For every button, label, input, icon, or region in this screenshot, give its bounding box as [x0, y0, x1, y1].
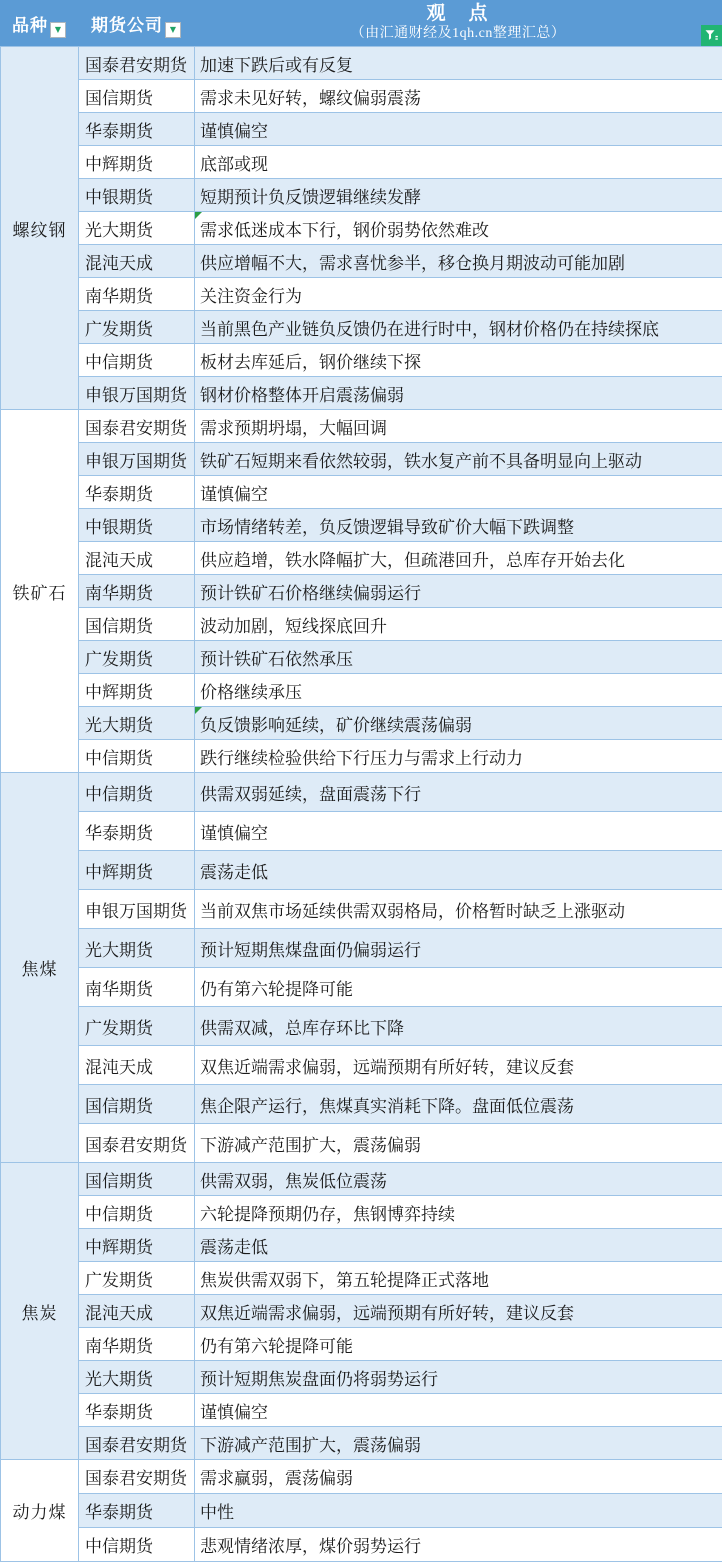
funnel-icon [704, 28, 719, 43]
view-cell: 供需双减，总库存环比下降 [195, 1007, 722, 1046]
corner-marker-icon [195, 707, 202, 714]
view-cell: 跌行继续检验供给下行压力与需求上行动力 [195, 740, 722, 773]
table-row: 混沌天成供应趋增，铁水降幅扩大，但疏港回升，总库存开始去化 [1, 542, 722, 575]
opinion-table: 螺纹钢国泰君安期货加速下跌后或有反复国信期货需求未见好转，螺纹偏弱震荡华泰期货谨… [0, 46, 722, 1562]
table-row: 广发期货焦炭供需双弱下，第五轮提降正式落地 [1, 1262, 722, 1295]
view-cell: 加速下跌后或有反复 [195, 47, 722, 80]
view-cell: 震荡走低 [195, 1229, 722, 1262]
view-cell: 关注资金行为 [195, 278, 722, 311]
view-cell: 预计铁矿石依然承压 [195, 641, 722, 674]
company-cell: 南华期货 [79, 968, 195, 1007]
view-cell: 需求预期坍塌，大幅回调 [195, 410, 722, 443]
company-cell: 国泰君安期货 [79, 1124, 195, 1163]
view-cell: 底部或现 [195, 146, 722, 179]
company-cell: 申银万国期货 [79, 443, 195, 476]
table-row: 广发期货供需双减，总库存环比下降 [1, 1007, 722, 1046]
company-cell: 国信期货 [79, 80, 195, 113]
table-row: 铁矿石国泰君安期货需求预期坍塌，大幅回调 [1, 410, 722, 443]
view-cell: 焦企限产运行，焦煤真实消耗下降。盘面低位震荡 [195, 1085, 722, 1124]
view-cell: 钢材价格整体开启震荡偏弱 [195, 377, 722, 410]
company-cell: 混沌天成 [79, 1295, 195, 1328]
table-row: 中银期货短期预计负反馈逻辑继续发酵 [1, 179, 722, 212]
company-cell: 中辉期货 [79, 851, 195, 890]
table-header: 品种 ▼ 期货公司 ▼ 观 点 （由汇通财经及1qh.cn整理汇总） [0, 0, 722, 46]
table-row: 华泰期货谨慎偏空 [1, 113, 722, 146]
company-cell: 中信期货 [79, 740, 195, 773]
view-cell: 谨慎偏空 [195, 113, 722, 146]
view-cell: 短期预计负反馈逻辑继续发酵 [195, 179, 722, 212]
company-cell: 华泰期货 [79, 812, 195, 851]
company-cell: 国信期货 [79, 1085, 195, 1124]
table-row: 中信期货六轮提降预期仍存，焦钢博弈持续 [1, 1196, 722, 1229]
variety-cell: 焦煤 [1, 773, 79, 1163]
view-cell: 当前黑色产业链负反馈仍在进行时中，钢材价格仍在持续探底 [195, 311, 722, 344]
table-row: 华泰期货中性 [1, 1494, 722, 1528]
company-cell: 国泰君安期货 [79, 410, 195, 443]
table-row: 动力煤国泰君安期货需求赢弱，震荡偏弱 [1, 1460, 722, 1494]
company-cell: 中信期货 [79, 1528, 195, 1562]
table-row: 光大期货负反馈影响延续，矿价继续震荡偏弱 [1, 707, 722, 740]
table-row: 中辉期货底部或现 [1, 146, 722, 179]
view-column-header: 观 点 [194, 2, 722, 25]
company-filter-dropdown[interactable]: ▼ [165, 22, 181, 38]
table-row: 华泰期货谨慎偏空 [1, 476, 722, 509]
company-header-cell: 期货公司 ▼ [78, 0, 194, 46]
view-cell: 市场情绪转差，负反馈逻辑导致矿价大幅下跌调整 [195, 509, 722, 542]
table-row: 焦炭国信期货供需双弱，焦炭低位震荡 [1, 1163, 722, 1196]
company-column-header: 期货公司 [91, 11, 163, 36]
company-cell: 混沌天成 [79, 542, 195, 575]
table-row: 混沌天成供应增幅不大，需求喜忧参半，移仓换月期波动可能加剧 [1, 245, 722, 278]
variety-cell: 焦炭 [1, 1163, 79, 1460]
company-cell: 光大期货 [79, 212, 195, 245]
company-cell: 申银万国期货 [79, 890, 195, 929]
table-row: 光大期货预计短期焦煤盘面仍偏弱运行 [1, 929, 722, 968]
table-row: 中辉期货震荡走低 [1, 1229, 722, 1262]
table-row: 螺纹钢国泰君安期货加速下跌后或有反复 [1, 47, 722, 80]
view-cell: 下游减产范围扩大，震荡偏弱 [195, 1124, 722, 1163]
table-row: 申银万国期货铁矿石短期来看依然较弱，铁水复产前不具备明显向上驱动 [1, 443, 722, 476]
table-row: 光大期货需求低迷成本下行，钢价弱势依然难改 [1, 212, 722, 245]
company-cell: 国信期货 [79, 608, 195, 641]
company-cell: 混沌天成 [79, 245, 195, 278]
company-cell: 广发期货 [79, 311, 195, 344]
company-cell: 中信期货 [79, 773, 195, 812]
view-header-cell: 观 点 （由汇通财经及1qh.cn整理汇总） [194, 0, 722, 46]
company-cell: 南华期货 [79, 278, 195, 311]
view-cell: 悲观情绪浓厚，煤价弱势运行 [195, 1528, 722, 1562]
company-cell: 华泰期货 [79, 1394, 195, 1427]
futures-opinion-sheet: 品种 ▼ 期货公司 ▼ 观 点 （由汇通财经及1qh.cn整理汇总） [0, 0, 722, 1562]
table-row: 焦煤中信期货供需双弱延续，盘面震荡下行 [1, 773, 722, 812]
table-row: 中辉期货震荡走低 [1, 851, 722, 890]
variety-header-cell: 品种 ▼ [0, 0, 78, 46]
company-cell: 广发期货 [79, 641, 195, 674]
company-cell: 中银期货 [79, 509, 195, 542]
view-cell: 震荡走低 [195, 851, 722, 890]
view-cell: 供需双弱，焦炭低位震荡 [195, 1163, 722, 1196]
view-cell: 谨慎偏空 [195, 476, 722, 509]
variety-cell: 动力煤 [1, 1460, 79, 1562]
variety-filter-dropdown[interactable]: ▼ [50, 22, 66, 38]
view-cell: 谨慎偏空 [195, 812, 722, 851]
table-row: 南华期货仍有第六轮提降可能 [1, 1328, 722, 1361]
table-row: 华泰期货谨慎偏空 [1, 1394, 722, 1427]
company-cell: 中信期货 [79, 1196, 195, 1229]
table-row: 中信期货跌行继续检验供给下行压力与需求上行动力 [1, 740, 722, 773]
view-cell: 双焦近端需求偏弱，远端预期有所好转，建议反套 [195, 1295, 722, 1328]
variety-cell: 螺纹钢 [1, 47, 79, 410]
company-cell: 光大期货 [79, 929, 195, 968]
view-cell: 双焦近端需求偏弱，远端预期有所好转，建议反套 [195, 1046, 722, 1085]
company-cell: 国泰君安期货 [79, 1460, 195, 1494]
chevron-down-icon: ▼ [170, 26, 176, 34]
table-row: 国泰君安期货下游减产范围扩大，震荡偏弱 [1, 1124, 722, 1163]
view-cell: 预计短期焦煤盘面仍偏弱运行 [195, 929, 722, 968]
table-row: 南华期货仍有第六轮提降可能 [1, 968, 722, 1007]
view-cell: 焦炭供需双弱下，第五轮提降正式落地 [195, 1262, 722, 1295]
table-row: 华泰期货谨慎偏空 [1, 812, 722, 851]
company-cell: 中辉期货 [79, 146, 195, 179]
company-cell: 国泰君安期货 [79, 1427, 195, 1460]
table-row: 国信期货波动加剧，短线探底回升 [1, 608, 722, 641]
company-cell: 国信期货 [79, 1163, 195, 1196]
view-cell: 预计短期焦炭盘面仍将弱势运行 [195, 1361, 722, 1394]
view-cell: 六轮提降预期仍存，焦钢博弈持续 [195, 1196, 722, 1229]
company-cell: 中辉期货 [79, 674, 195, 707]
table-row: 申银万国期货当前双焦市场延续供需双弱格局，价格暂时缺乏上涨驱动 [1, 890, 722, 929]
view-cell: 仍有第六轮提降可能 [195, 968, 722, 1007]
table-row: 中银期货市场情绪转差，负反馈逻辑导致矿价大幅下跌调整 [1, 509, 722, 542]
company-cell: 中信期货 [79, 344, 195, 377]
filter-button[interactable] [701, 25, 722, 46]
view-column-subtitle: （由汇通财经及1qh.cn整理汇总） [194, 25, 722, 43]
table-row: 中信期货悲观情绪浓厚，煤价弱势运行 [1, 1528, 722, 1562]
company-cell: 申银万国期货 [79, 377, 195, 410]
table-row: 广发期货预计铁矿石依然承压 [1, 641, 722, 674]
view-cell: 预计铁矿石价格继续偏弱运行 [195, 575, 722, 608]
table-row: 混沌天成双焦近端需求偏弱，远端预期有所好转，建议反套 [1, 1046, 722, 1085]
view-cell: 仍有第六轮提降可能 [195, 1328, 722, 1361]
table-row: 中信期货板材去库延后，钢价继续下探 [1, 344, 722, 377]
view-cell: 需求低迷成本下行，钢价弱势依然难改 [195, 212, 722, 245]
table-row: 国信期货需求未见好转，螺纹偏弱震荡 [1, 80, 722, 113]
view-cell: 供需双弱延续，盘面震荡下行 [195, 773, 722, 812]
company-cell: 混沌天成 [79, 1046, 195, 1085]
view-cell: 供应增幅不大，需求喜忧参半，移仓换月期波动可能加剧 [195, 245, 722, 278]
table-row: 南华期货预计铁矿石价格继续偏弱运行 [1, 575, 722, 608]
view-cell: 需求赢弱，震荡偏弱 [195, 1460, 722, 1494]
company-cell: 广发期货 [79, 1007, 195, 1046]
view-cell: 谨慎偏空 [195, 1394, 722, 1427]
table-row: 申银万国期货钢材价格整体开启震荡偏弱 [1, 377, 722, 410]
variety-column-header: 品种 [12, 11, 48, 36]
company-cell: 国泰君安期货 [79, 47, 195, 80]
company-cell: 华泰期货 [79, 1494, 195, 1528]
company-cell: 南华期货 [79, 575, 195, 608]
table-row: 南华期货关注资金行为 [1, 278, 722, 311]
company-cell: 华泰期货 [79, 476, 195, 509]
view-cell: 下游减产范围扩大，震荡偏弱 [195, 1427, 722, 1460]
view-cell: 当前双焦市场延续供需双弱格局，价格暂时缺乏上涨驱动 [195, 890, 722, 929]
view-cell: 价格继续承压 [195, 674, 722, 707]
view-cell: 负反馈影响延续，矿价继续震荡偏弱 [195, 707, 722, 740]
table-row: 光大期货预计短期焦炭盘面仍将弱势运行 [1, 1361, 722, 1394]
view-cell: 中性 [195, 1494, 722, 1528]
chevron-down-icon: ▼ [55, 26, 61, 34]
view-cell: 供应趋增，铁水降幅扩大，但疏港回升，总库存开始去化 [195, 542, 722, 575]
company-cell: 中辉期货 [79, 1229, 195, 1262]
company-cell: 广发期货 [79, 1262, 195, 1295]
company-cell: 华泰期货 [79, 113, 195, 146]
company-cell: 南华期货 [79, 1328, 195, 1361]
table-row: 国泰君安期货下游减产范围扩大，震荡偏弱 [1, 1427, 722, 1460]
view-cell: 铁矿石短期来看依然较弱，铁水复产前不具备明显向上驱动 [195, 443, 722, 476]
company-cell: 光大期货 [79, 1361, 195, 1394]
company-cell: 中银期货 [79, 179, 195, 212]
table-row: 广发期货当前黑色产业链负反馈仍在进行时中，钢材价格仍在持续探底 [1, 311, 722, 344]
variety-cell: 铁矿石 [1, 410, 79, 773]
company-cell: 光大期货 [79, 707, 195, 740]
view-cell: 需求未见好转，螺纹偏弱震荡 [195, 80, 722, 113]
view-cell: 板材去库延后，钢价继续下探 [195, 344, 722, 377]
view-cell: 波动加剧，短线探底回升 [195, 608, 722, 641]
table-row: 中辉期货价格继续承压 [1, 674, 722, 707]
corner-marker-icon [195, 212, 202, 219]
table-row: 混沌天成双焦近端需求偏弱，远端预期有所好转，建议反套 [1, 1295, 722, 1328]
table-row: 国信期货焦企限产运行，焦煤真实消耗下降。盘面低位震荡 [1, 1085, 722, 1124]
